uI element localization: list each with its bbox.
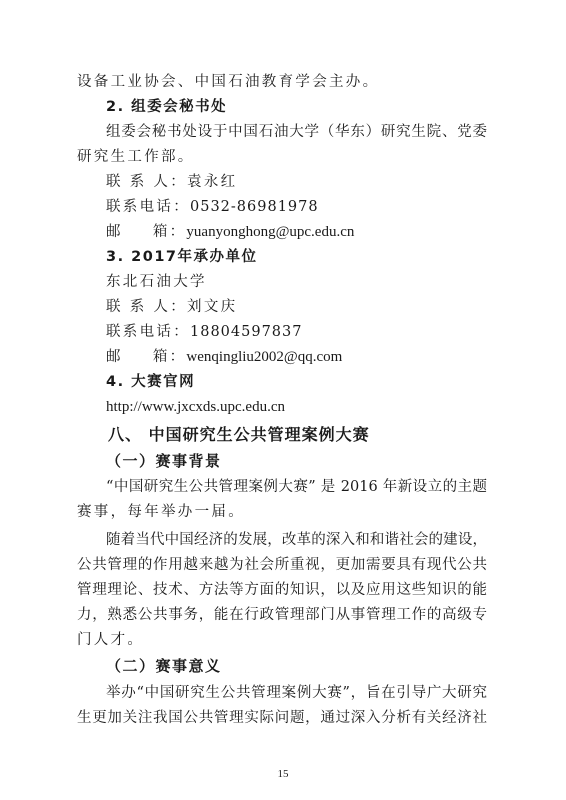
paragraph-line: “中国研究生公共管理案例大赛” 是 2016 年新设立的主题 [106, 477, 487, 497]
contact-email-label: 箱： [153, 349, 187, 365]
contact-email-row: 邮箱：yuanyonghong@upc.edu.cn [106, 222, 487, 242]
page-number: 15 [0, 768, 566, 780]
section-heading-secretariat: 2. 组委会秘书处 [106, 97, 487, 117]
contact-phone-row: 联系电话：0532-86981978 [106, 197, 487, 217]
subsection-heading-significance: （二）赛事意义 [106, 656, 516, 676]
section-heading-website: 4. 大赛官网 [106, 372, 487, 392]
paragraph-line: 门人才。 [77, 630, 487, 650]
contact-person-label: 联 系 人： [106, 299, 187, 315]
contact-person-value: 刘文庆 [187, 299, 237, 315]
paragraph-line: 力，熟悉公共事务，能在行政管理部门从事管理工作的高级专 [77, 605, 487, 625]
paragraph-line: 组委会秘书处设于中国石油大学（华东）研究生院、党委 [106, 122, 487, 142]
paragraph-line: 生更加关注我国公共管理实际问题，通过深入分析有关经济社 [77, 708, 487, 728]
paragraph-line: 举办“中国研究生公共管理案例大赛”，旨在引导广大研究 [106, 683, 487, 703]
paragraph-line: 赛事，每年举办一届。 [77, 502, 487, 522]
paragraph-line: 管理理论、技术、方法等方面的知识，以及应用这些知识的能 [77, 580, 487, 600]
contact-phone-label: 联系电话： [106, 324, 190, 340]
contact-person-row: 联 系 人：刘文庆 [106, 297, 487, 317]
contact-email-label: 邮 [106, 224, 123, 240]
contact-person-label: 联 系 人： [106, 174, 187, 190]
host-university: 东北石油大学 [106, 272, 487, 292]
section-heading-host: 3. 2017年承办单位 [106, 247, 487, 267]
contact-email-label: 箱： [153, 224, 187, 240]
website-link[interactable]: http://www.jxcxds.upc.edu.cn [106, 397, 487, 417]
contact-person-row: 联 系 人：袁永红 [106, 172, 487, 192]
contact-phone-value: 0532-86981978 [190, 199, 319, 215]
paragraph-line: 设备工业协会、中国石油教育学会主办。 [77, 72, 487, 92]
contact-person-value: 袁永红 [187, 174, 237, 190]
document-page: 设备工业协会、中国石油教育学会主办。 2. 组委会秘书处 组委会秘书处设于中国石… [0, 0, 566, 800]
contact-email-label: 邮 [106, 349, 123, 365]
chapter-heading: 八、 中国研究生公共管理案例大赛 [108, 425, 518, 445]
paragraph-line: 随着当代中国经济的发展，改革的深入和和谐社会的建设， [106, 530, 487, 550]
contact-phone-label: 联系电话： [106, 199, 190, 215]
subsection-heading-background: （一）赛事背景 [106, 451, 516, 471]
paragraph-line: 研究生工作部。 [77, 147, 487, 167]
paragraph-line: 公共管理的作用越来越为社会所重视，更加需要具有现代公共 [77, 555, 487, 575]
contact-phone-value: 18804597837 [190, 324, 302, 340]
contact-phone-row: 联系电话：18804597837 [106, 322, 487, 342]
contact-email-value[interactable]: yuanyonghong@upc.edu.cn [186, 224, 354, 240]
contact-email-row: 邮箱：wenqingliu2002@qq.com [106, 347, 487, 367]
contact-email-value[interactable]: wenqingliu2002@qq.com [186, 349, 342, 365]
